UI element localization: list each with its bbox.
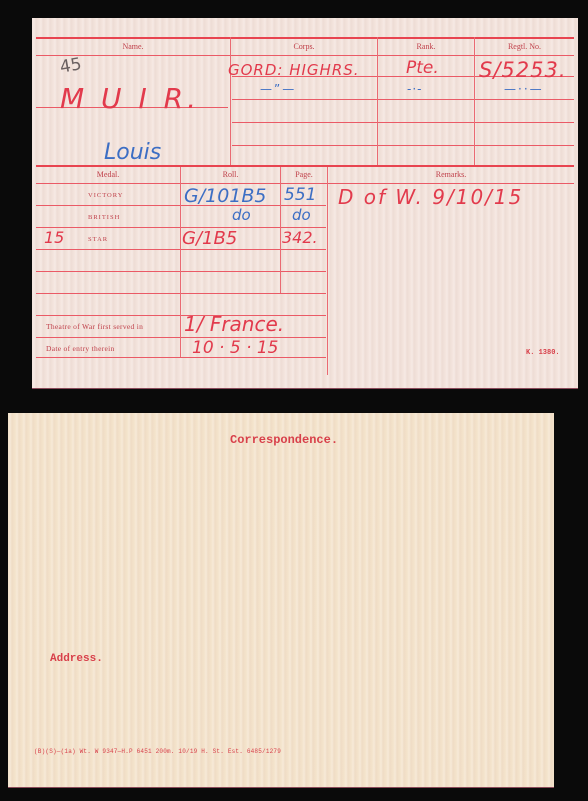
page-victory: 551 [284, 185, 316, 205]
rule [377, 37, 378, 165]
rule [180, 167, 181, 357]
header-rank: Rank. [378, 42, 474, 51]
page-british: do [292, 206, 311, 224]
medal-victory-label: Victory [88, 192, 123, 199]
medal-british-label: British [88, 214, 120, 221]
rule [280, 167, 281, 293]
rule [36, 271, 326, 272]
header-name: Name. [36, 42, 230, 51]
rank-ditto: -·- [407, 82, 422, 96]
rule [36, 249, 326, 250]
header-medal: Medal. [36, 170, 180, 179]
medal-card-front: Name. Corps. Rank. Regtl. No. 45 M U I R… [32, 18, 578, 389]
corps-ditto: —”— [260, 82, 296, 96]
rule [36, 37, 574, 39]
rule [232, 145, 574, 146]
rule [36, 165, 574, 167]
remarks-value: D of W. 9/10/15 [338, 185, 523, 209]
pencil-note: 45 [58, 54, 83, 77]
header-regt-no: Regtl. No. [475, 42, 574, 51]
printer-line: (B)(S)—(1a) Wt. W 9347—H.P 6451 200m. 10… [34, 748, 281, 755]
rank-value: Pte. [406, 58, 439, 78]
header-roll: Roll. [181, 170, 280, 179]
rule [36, 293, 326, 294]
roll-star: G/1B5 [182, 228, 237, 249]
header-remarks: Remarks. [328, 170, 574, 179]
regt-no-ditto: —··— [504, 82, 544, 96]
form-number: K. 1380. [526, 349, 560, 357]
rule [36, 183, 574, 184]
header-corps: Corps. [231, 42, 377, 51]
rule [327, 167, 328, 375]
theatre-label: Theatre of War first served in [46, 322, 143, 331]
roll-british: do [232, 206, 251, 224]
rule [232, 122, 574, 123]
roll-victory: G/101B5 [184, 185, 267, 207]
forename: Louis [104, 140, 161, 165]
star-prefix: 15 [44, 228, 64, 247]
rule [474, 37, 475, 165]
medal-card-back: Correspondence. Address. (B)(S)—(1a) Wt.… [8, 413, 554, 788]
header-page: Page. [281, 170, 327, 179]
address-label: Address. [50, 653, 103, 665]
regt-no-value: S/5253. [479, 58, 567, 82]
rule [36, 337, 326, 338]
surname: M U I R. [60, 82, 200, 115]
rule [36, 205, 326, 206]
correspondence-title: Correspondence. [230, 433, 338, 447]
entry-date-label: Date of entry therein [46, 344, 115, 353]
corps-value: GORD: HIGHRS. [228, 61, 360, 79]
page-star: 342. [282, 228, 318, 247]
theatre-value: 1/ France. [184, 312, 284, 336]
rule [230, 37, 231, 165]
medal-star-label: Star [88, 236, 108, 243]
rule [36, 357, 326, 358]
rule [36, 55, 574, 56]
entry-date-value: 10 · 5 · 15 [192, 338, 279, 358]
rule [232, 99, 574, 100]
